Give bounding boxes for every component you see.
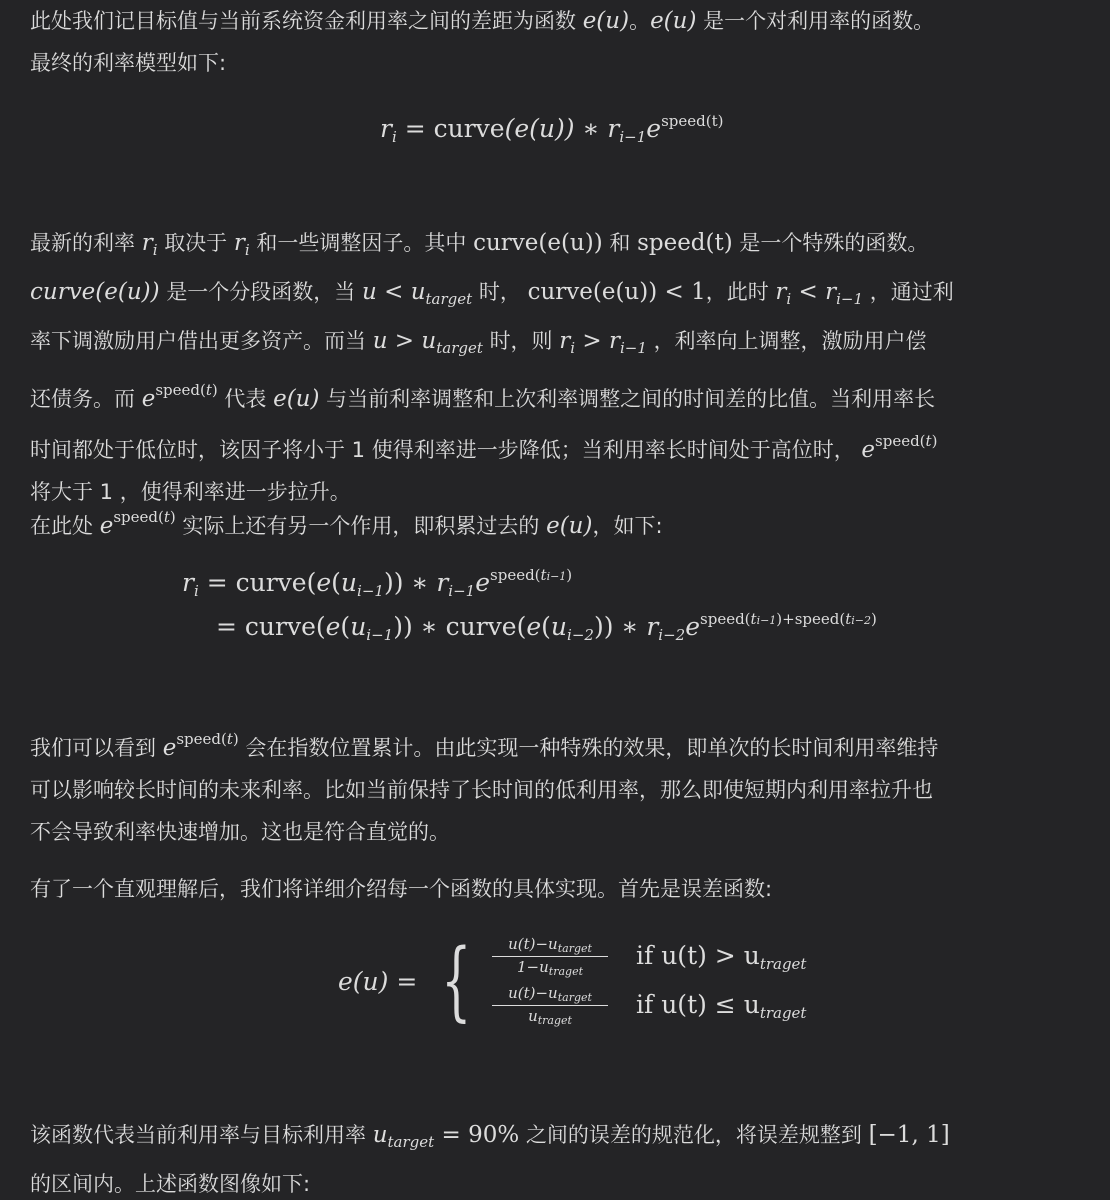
paragraph-1-line-1: 此处我们记目标值与当前系统资金利用率之间的差距为函数 e(u)。e(u) 是一个… [30,0,934,42]
paragraph-5: 有了一个直观理解后，我们将详细介绍每一个函数的具体实现。首先是误差函数: [30,868,772,910]
text: 和一些调整因子。其中 [256,231,466,255]
math-lhs: e(u) = [338,967,417,996]
equation-accumulation-line-2: = curve(e(ui−1)) ∗ curve(e(ui−2)) ∗ ri−2… [216,610,877,644]
text: 此处我们记目标值与当前系统资金利用率之间的差距为函数 [30,9,576,33]
text: 之间的误差的规范化，将误差规整到 [526,1123,862,1147]
text: 在此处 [30,514,93,538]
case-row-1: u(t)−utarget 1−utraget if u(t) > utraget [494,935,806,978]
case-row-2: u(t)−utarget utraget if u(t) ≤ utraget [494,984,806,1027]
math: curve [434,114,505,143]
cases-rows: u(t)−utarget 1−utraget if u(t) > utraget… [494,935,806,1027]
text: 时，则 [490,329,553,353]
math-e-u: e(u) [650,8,696,34]
text: 率下调激励用户借出更多资产。而当 [30,329,366,353]
p2-line-3: 率下调激励用户借出更多资产。而当 u > utarget 时，则 ri > ri… [30,320,1090,369]
text: 时间都处于低位时，该因子将小于 1 使得利率进一步降低；当利用率长时间处于高位时… [30,438,855,462]
math: = [397,114,434,143]
math: e [646,114,661,143]
equation-interest-model: ri = curve(e(u)) ∗ ri−1espeed(t) [380,112,723,146]
math: e(u) [546,513,592,539]
equation-accumulation-line-1: ri = curve(e(ui−1)) ∗ ri−1espeed(ti−1) [182,566,572,600]
paragraph-4: 我们可以看到 espeed(t) 会在指数位置累计。由此实现一种特殊的效果，即单… [30,718,938,853]
text: 取决于 [164,231,227,255]
text: 最新的利率 [30,231,135,255]
p2-line-5: 时间都处于低位时，该因子将小于 1 使得利率进一步降低；当利用率长时间处于高位时… [30,420,1090,471]
text: ，利率向上调整，激励用户偿 [654,329,927,353]
p4-line-2: 可以影响较长时间的未来利率。比如当前保持了长时间的低利用率，那么即使短期内利用率… [30,769,938,811]
left-brace-icon: { [442,938,472,1024]
fraction: u(t)−utarget utraget [494,984,606,1027]
text: 是一个对利用率的函数。 [703,9,934,33]
math: r [380,114,392,143]
math: [−1, 1] [869,1122,950,1148]
text: 时， [479,280,521,304]
text: 代表 [224,387,266,411]
text: 是一个特殊的函数。 [739,231,928,255]
p4-line-1: 我们可以看到 espeed(t) 会在指数位置累计。由此实现一种特殊的效果，即单… [30,718,938,769]
math: curve(e(u)) [30,279,160,305]
math: (e(u)) ∗ [505,114,608,143]
paragraph-2: 最新的利率 ri 取决于 ri 和一些调整因子。其中 curve(e(u)) 和… [30,222,1090,513]
math: u < utarget [362,279,472,305]
p2-line-4: 还债务。而 espeed(t) 代表 e(u) 与当前利率调整和上次利率调整之间… [30,369,1090,420]
math: ri < ri−1 [775,279,863,305]
math: curve(e(u)) [473,230,603,256]
math: espeed(t) [100,513,176,539]
p4-line-3: 不会导致利率快速增加。这也是符合直觉的。 [30,811,938,853]
condition: if u(t) > utraget [636,941,806,973]
text: 是一个分段函数，当 [166,280,355,304]
math: speed(t) [661,112,723,130]
text: 。 [629,9,650,33]
p6-line-1: 该函数代表当前利用率与目标利用率 utarget = 90% 之间的误差的规范化… [30,1114,950,1163]
math: i−1 [619,128,646,146]
text: 我们可以看到 [30,736,156,760]
paragraph-6: 该函数代表当前利用率与目标利用率 utarget = 90% 之间的误差的规范化… [30,1114,950,1200]
math: ri > ri−1 [559,328,647,354]
math: espeed(t) [861,437,937,463]
math: e(u) [273,386,319,412]
math-e-u: e(u) [583,8,629,34]
text: 会在指数位置累计。由此实现一种特殊的效果，即单次的长时间利用率维持 [245,736,938,760]
math: ri [234,230,250,256]
equation-error-function: e(u) = { u(t)−utarget 1−utraget if u(t) … [338,935,806,1027]
text: 实际上还有另一个作用，即积累过去的 [182,514,539,538]
text: 该函数代表当前利用率与目标利用率 [30,1123,366,1147]
text: 和 [609,231,630,255]
math: r [607,114,619,143]
math: espeed(t) [142,386,218,412]
math: speed(t) [637,230,733,256]
math: ri [142,230,158,256]
text: ，如下: [592,514,662,538]
text: ，通过利 [870,280,954,304]
text: 还债务。而 [30,387,135,411]
condition: if u(t) ≤ utraget [636,990,806,1022]
paragraph-1-line-2: 最终的利率模型如下: [30,42,226,84]
p6-line-2: 的区间内。上述函数图像如下: [30,1163,950,1200]
text: 与当前利率调整和上次利率调整之间的时间差的比值。当利用率长 [326,387,935,411]
p2-line-1: 最新的利率 ri 取决于 ri 和一些调整因子。其中 curve(e(u)) 和… [30,222,1090,271]
math: utarget = 90% [373,1122,520,1148]
math: espeed(t) [163,735,239,761]
math: curve(e(u)) < 1 [528,279,706,305]
math: u > utarget [373,328,483,354]
paragraph-3: 在此处 espeed(t) 实际上还有另一个作用，即积累过去的 e(u)，如下: [30,496,663,547]
p2-line-2: curve(e(u)) 是一个分段函数，当 u < utarget 时， cur… [30,271,1090,320]
text: ，此时 [706,280,769,304]
fraction: u(t)−utarget 1−utraget [494,935,606,978]
